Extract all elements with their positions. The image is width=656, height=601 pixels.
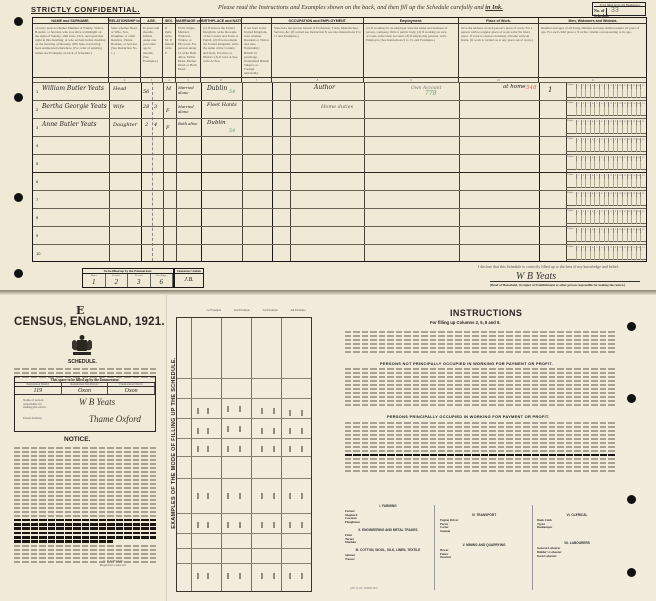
registrar-signature: S. P. VIVIAN, Registrar-General. [100, 559, 127, 567]
entry-birthplace: Fleet Hants [207, 102, 237, 108]
punch-hole [627, 394, 636, 403]
entry-marriage: Married alone [178, 104, 200, 114]
section-occupied: PERSONS PRINCIPALLY OCCUPIED IN WORKING … [387, 414, 550, 419]
children-age-grid: Under123456789101112131415 [566, 190, 646, 206]
notice-heading: NOTICE. [64, 436, 90, 443]
table-row: 6 [33, 172, 646, 190]
entry-relationship: Daughter [113, 122, 137, 128]
children-age-grid: Under123456789101112131415 [566, 118, 646, 134]
entry-age: 56 [143, 89, 149, 95]
print-footnote: (2971) Wt. 40000/1921 [350, 586, 378, 590]
col-occupation-header: OCCUPATION and EMPLOYMENT. State here th… [272, 18, 364, 82]
entry-birthplace: Dublin [207, 85, 227, 92]
punch-hole [14, 93, 23, 102]
fill-instruction: Please read the Instructions and Example… [218, 4, 503, 11]
enumerator-space: This space to be filled up by the Enumer… [14, 376, 156, 432]
instructions-text [345, 366, 615, 408]
entry-age-months: 3 [154, 104, 157, 110]
entry-birthplace: Dublin [207, 120, 226, 126]
entry-sex: F [166, 125, 169, 131]
schedule-number-box: To be filled up by the Enumerator. No. o… [592, 2, 646, 16]
children-age-grid: Under123456789101112131415 [566, 136, 646, 152]
col-employment-header: Employment. (1) If working for an employ… [364, 18, 459, 82]
declaration-text: I declare that this Schedule is correctl… [478, 264, 619, 269]
entry-age: 28 [143, 104, 149, 110]
punch-hole [14, 17, 23, 26]
postal-address: Thame Oxford [89, 414, 141, 424]
entry-age-months: 4 [154, 122, 157, 128]
occupation-group: IV. TRANSPORT Engine Driver Porter Carte… [440, 514, 528, 560]
schedule-label: SCHEDULE. [68, 359, 97, 365]
occupation-group: VI. CLERICAL Bank Clerk Typist Bookkeepe… [537, 514, 617, 558]
notice-text [14, 445, 156, 565]
schedule-rows: 1 2 3 4 5 6 7 8 9 10 William Butler Yeat… [33, 82, 646, 261]
instructions-text [345, 329, 615, 355]
col-birthplace-header: BIRTHPLACE and NATIONALITY. (1) If born … [201, 18, 242, 82]
entry-marriage: Both alive [178, 121, 200, 126]
table-row: 7 [33, 190, 646, 208]
royal-arms-icon [70, 334, 94, 356]
col-sex-header: SEX. If male write M. If female write F.… [163, 18, 176, 82]
enumerator-initials-box: Enumerator's Initials J.B. [174, 268, 204, 288]
col-children-header: Men, Widowers and Widows. Number and age… [539, 18, 647, 82]
entry-sex: F [166, 108, 169, 114]
entry-children-total: 1 [548, 86, 552, 94]
children-age-grid: Under123456789101112131415 [566, 172, 646, 188]
signature-caption: (Head of Household, Occupier of Establis… [490, 283, 625, 287]
table-row: 5 [33, 154, 646, 172]
entry-occupation: Home duties [321, 104, 353, 110]
instructions-text [345, 420, 615, 474]
census-title: CENSUS, ENGLAND, 1921. [14, 316, 165, 328]
col-relationship-header: RELATIONSHIP to Head of Household. State… [109, 18, 141, 82]
instructions-title: INSTRUCTIONS [450, 308, 522, 318]
enumerator-count-box: To be filled up by the Enumerator. Males… [82, 268, 174, 288]
entry-place-of-work: at home [503, 84, 526, 90]
examples-table [176, 317, 312, 592]
punch-hole [14, 193, 23, 202]
entry-relationship: Head [113, 86, 127, 92]
entry-marriage: Married alone [178, 85, 200, 95]
entry-name: Anne Butler Yeats [42, 121, 97, 128]
punch-hole [627, 495, 636, 504]
occupation-group: I. FARMING Farmer Shepherd Cowman Plough… [345, 505, 431, 562]
entry-age: 2 [145, 122, 148, 128]
table-row: 9 [33, 226, 646, 244]
children-age-grid: Under123456789101112131415 [566, 226, 646, 242]
entry-sex: M [166, 86, 171, 92]
signature-line [490, 272, 640, 282]
col-age-header: AGE. In years and months. Infants under … [141, 18, 163, 82]
punch-hole [14, 269, 23, 278]
punch-hole [627, 322, 636, 331]
children-age-grid: Under123456789101112131415 [566, 82, 646, 98]
coding-mark: 54 [229, 89, 235, 95]
signature: W B Yeats [516, 271, 556, 282]
schedule-number: 33 [611, 7, 619, 14]
entry-name: Bertha Georgie Yeats [42, 103, 107, 110]
punch-hole [627, 568, 636, 577]
confidential-heading: STRICTLY CONFIDENTIAL. [31, 5, 140, 14]
children-age-grid: Under123456789101112131415 [566, 100, 646, 116]
children-age-grid: Under123456789101112131415 [566, 244, 646, 260]
col-place-of-work-header: Place of Work. Give the address of each … [459, 18, 539, 82]
entry-occupation: Author [314, 84, 335, 91]
col-name-header: NAME and SURNAME. of every person whethe… [33, 18, 109, 82]
census-schedule-form: STRICTLY CONFIDENTIAL. Please read the I… [0, 0, 656, 292]
children-age-grid: Under123456789101112131415 [566, 154, 646, 170]
table-row: 10 [33, 244, 646, 262]
examples-headers: 1st Example2nd Example3rd Example4th Exa… [200, 308, 312, 312]
schedule-table: NAME and SURNAME. of every person whethe… [32, 17, 647, 262]
col-marriage-header: MARRIAGE or ORPHANHOOD. Write Single, Ma… [176, 18, 201, 82]
entry-name: William Butler Yeats [42, 85, 104, 92]
entry-relationship: Wife [113, 104, 124, 110]
coding-mark: 548 [526, 85, 537, 91]
children-age-grid: Under123456789101112131415 [566, 208, 646, 224]
table-row: 8 [33, 208, 646, 226]
coding-mark: 778 [425, 90, 436, 97]
responsible-person: W B Yeats [79, 397, 115, 407]
coding-mark: 54 [229, 128, 235, 134]
col-nationality-header: If not born in the United Kingdom, state… [242, 18, 272, 82]
instructions-subtitle: For filling up Columns 2, 5, 8 and 9. [430, 320, 501, 325]
table-row: 4 [33, 136, 646, 154]
sheet-fold-shadow [0, 290, 656, 295]
